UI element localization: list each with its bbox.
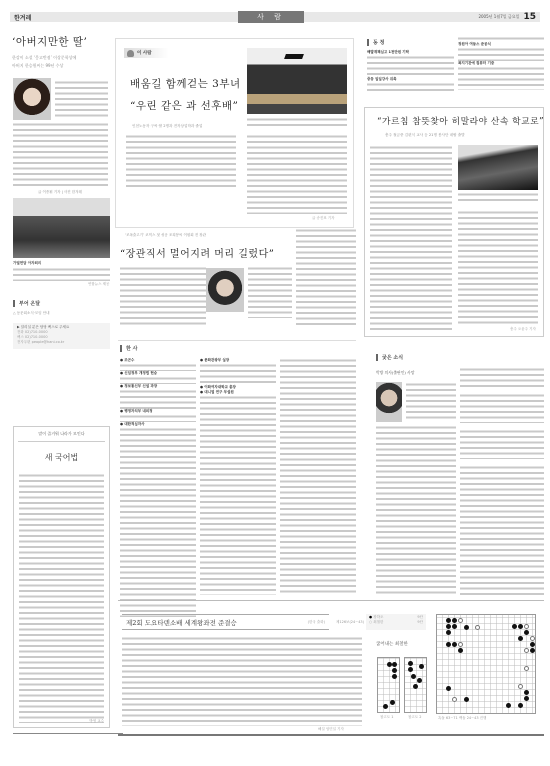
feature-title: ‘아버지만한 딸’ (12, 34, 110, 49)
divider (118, 600, 544, 601)
main-byline: 글 송진표 기자 (312, 216, 335, 221)
column-body (19, 473, 104, 723)
second-headline: “장관직서 멀어지려 머리 길렀다” (120, 245, 274, 260)
baduk-sub-label: (한국 출화) (308, 620, 325, 625)
baduk-byline: 해설 엄민일 기자 (318, 727, 344, 732)
photo-credit: 연합뉴스 제공 (88, 282, 109, 287)
caption-text (13, 267, 110, 281)
right-byline: 충주 오윤주 기자 (510, 327, 536, 332)
newspaper-logo: 한겨레 (14, 13, 31, 22)
graduation-cap-icon (284, 54, 304, 59)
obituary-bullets (460, 367, 544, 595)
main-body-col-2 (247, 134, 347, 214)
feature-subtitle-2: 아버지 한승원씨는 99년 수상 (12, 63, 110, 69)
feature-byline: 글 이종휘 기자 | 사진 한겨레 (38, 190, 82, 195)
news-list: 해발계책심고 1천만원 기탁 중등 일일강사 위촉 (367, 50, 454, 94)
baduk-title: 제2회 도요타덴소배 세계왕좌전 준결승 (126, 618, 237, 627)
notice-contact-box: ▶ 알리실 분은 담당 팩스로 주세요 전화 02)710-0000 팩스 02… (13, 323, 110, 349)
section-title: 사 람 (238, 11, 304, 23)
white-stone-icon: ○ (369, 620, 372, 624)
person-icon (127, 50, 134, 57)
black-stone-icon: ● (369, 615, 372, 619)
obituary-name: 박방 의사(출판인) 사망 (376, 370, 414, 376)
main-go-board (436, 614, 536, 714)
baduk-header: 제2회 도요타덴소배 세계왕좌전 준결승 (한국 출화) (122, 614, 329, 630)
main-headline-2: “우린 같은 과 선후배” (130, 98, 238, 113)
column-title: 새 국어법 (14, 452, 109, 463)
second-body-col-1 (120, 266, 206, 326)
short-news-list: ● 조곤수 ● 신임정부 개정법 현승 ● 정보통신부 신설 과장 ● 행정자치… (120, 358, 196, 617)
second-body-col-2 (248, 266, 292, 318)
left-feature: ‘아버지만한 딸’ 한강이 소설 ‘몽고반점’ 이상문학상에 아버지 한승원씨는… (12, 34, 110, 69)
feature-body-text-cont (13, 122, 108, 187)
divider (13, 733, 123, 734)
second-body-col-3 (296, 228, 356, 328)
reference-diagram-1 (377, 657, 400, 713)
diagram-title: 굽어내는 최철한 (376, 641, 408, 647)
news-list-2: 정원아 여동스 준공식 복지기관에 컴퓨터 기증 (458, 36, 544, 90)
feature-subtitle-1: 한강이 소설 ‘몽고반점’ 이상문학상에 (12, 55, 110, 61)
bottom-rule (118, 734, 544, 736)
page-header: 한겨레 사 람 2005년 1월7일 금요일 15 (10, 12, 540, 22)
second-kicker: ‘조폭출고기’ 코믹스 첫 성공 조희봉씨 이원회 전 장관 (125, 233, 206, 238)
news-tag: 동 정 (367, 39, 384, 46)
photo-caption: 가벌면담 아자회의 (13, 261, 110, 266)
divider (118, 340, 356, 341)
column-kicker: 말이 즐거워 나라가 모인다 (18, 427, 105, 442)
photo-caption-label: 가벌면담 아자회의 (13, 261, 41, 265)
notice-line: △ 동문회소식·모임 안내 (13, 311, 49, 316)
obituary-portrait (376, 382, 402, 422)
main-deck: 인천노동자 구씨·딸 2명과 전자상업학과 졸업 (132, 124, 203, 129)
obituary-tag: 궂은 소식 (376, 354, 403, 361)
baduk-players: ● 창하오9단 ○ 최철한9단 (366, 614, 426, 630)
short-news-list-2: ● 문화관광부 실장 ● 이화여자대학교 총장 ● 대니얼 연구 부설원 (200, 358, 276, 595)
diagram-label-1: 참고도 1 (380, 715, 393, 720)
baduk-commentary (122, 636, 362, 726)
himalaya-school-photo (458, 145, 538, 190)
meeting-photo (13, 198, 110, 258)
short-news-tag: 한 사 (120, 345, 137, 352)
main-photo-caption (247, 117, 347, 126)
right-deck: 충주 철금중 김편식 교사 등 21명 봉사단 네팔 출발 (385, 133, 465, 138)
people-tag-label: 이 사람 (137, 50, 152, 56)
obituary-body (406, 382, 456, 422)
notice-tag: 부어 온달 (13, 300, 40, 307)
reference-diagram-2 (404, 657, 427, 713)
column-byline: 박영 교수 (89, 719, 104, 724)
player-white: ○ 최철한9단 (369, 620, 423, 625)
issue-date: 2005년 1월7일 금요일 (478, 14, 519, 20)
contact-email[interactable]: 전자우편 people@hani.co.kr (17, 340, 106, 345)
people-tag: 이 사람 (124, 48, 169, 58)
main-body-col-1 (126, 134, 236, 190)
short-news-col-3 (280, 358, 356, 593)
column-box: 말이 즐거워 나라가 모인다 새 국어법 박영 교수 (13, 426, 110, 728)
feature-body-text (55, 80, 108, 120)
family-graduation-photo (247, 48, 347, 114)
main-board-caption: 흑돌 63~71 백돌 24~43 진행 (438, 716, 486, 721)
right-headline: “가르침 참뜻찾아 히말라야 산속 학교로” (377, 114, 544, 127)
obituary-body-cont (376, 425, 456, 595)
portrait-photo-man (206, 268, 244, 312)
diagram-label-2: 참고도 2 (408, 715, 421, 720)
right-body-col-1 (370, 145, 452, 331)
right-photo-caption (458, 192, 538, 202)
right-body-col-2 (458, 210, 538, 325)
page-number: 15 (523, 12, 536, 22)
main-headline-1: 배움길 함께걷는 3부녀 (130, 76, 241, 91)
portrait-photo-woman (13, 78, 51, 120)
baduk-game-number: 제126보(24~43) (336, 620, 364, 625)
